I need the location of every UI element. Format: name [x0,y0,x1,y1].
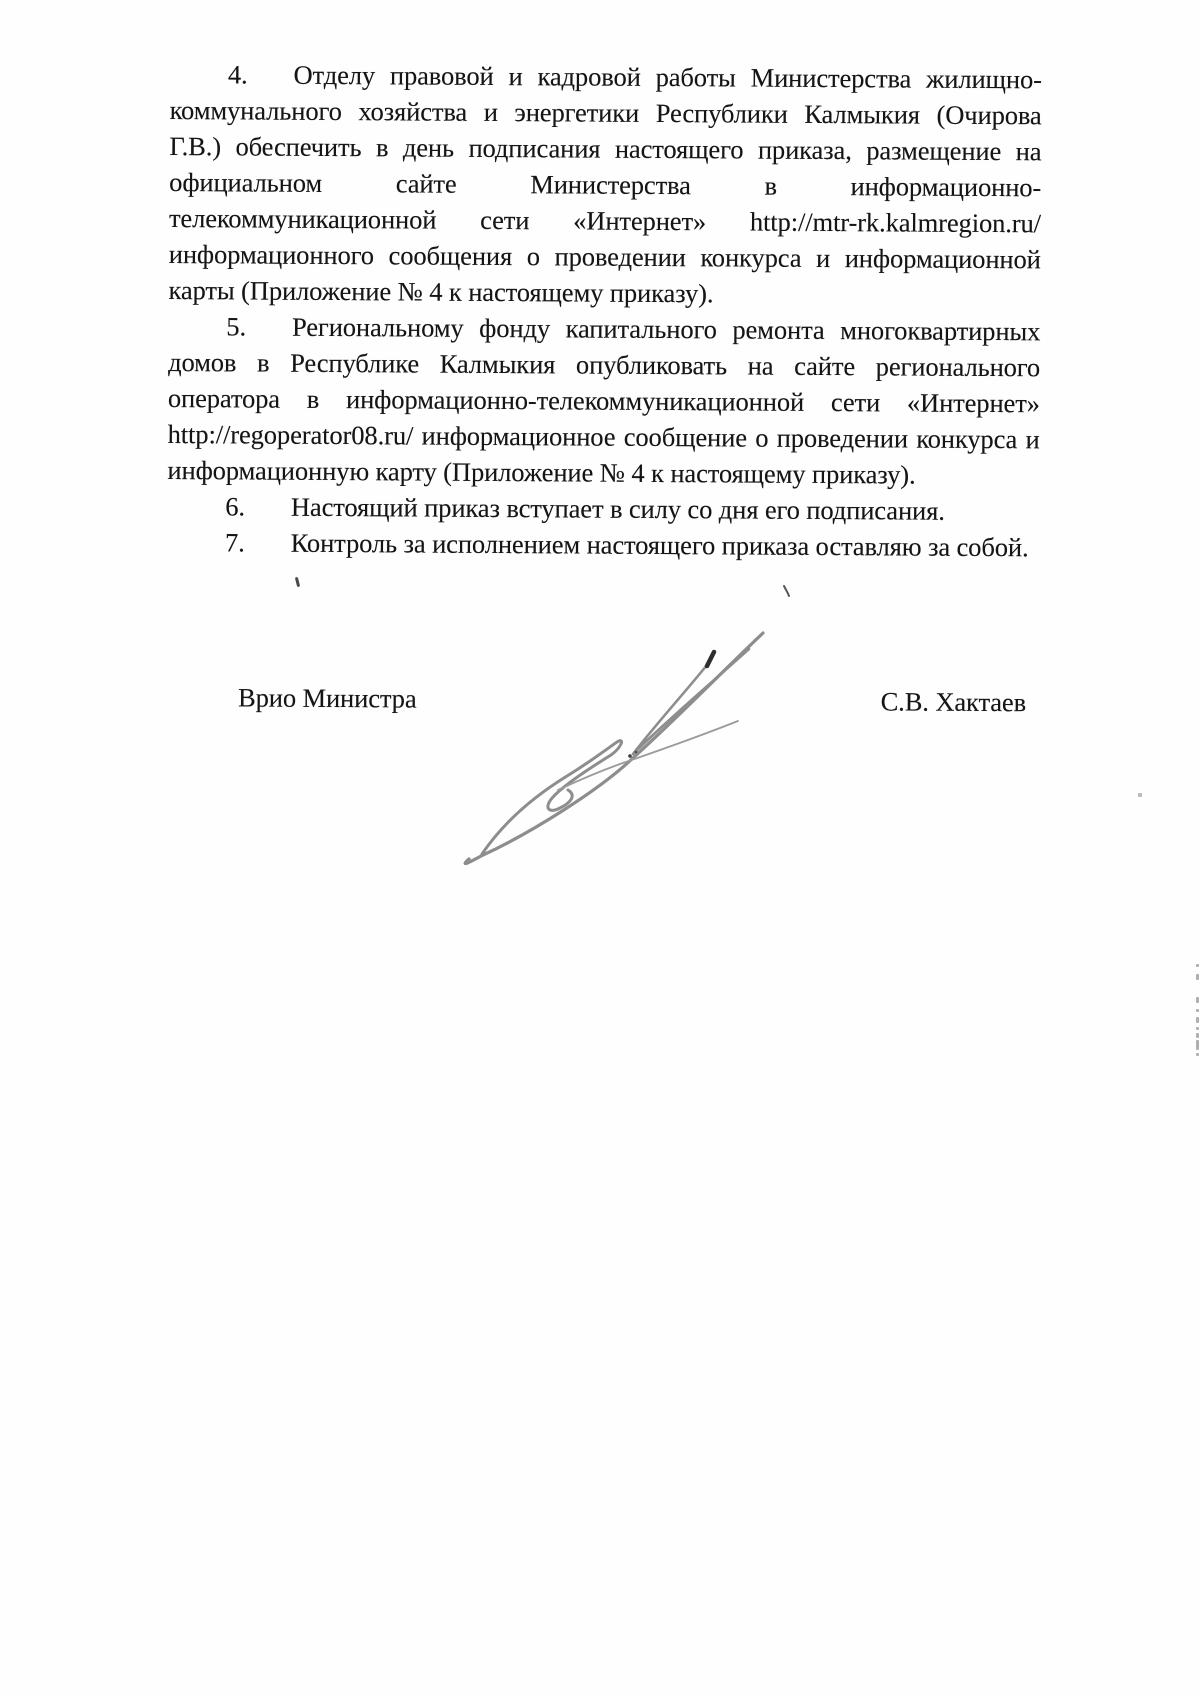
signature-ink-dot [635,751,638,754]
paragraph-number: 6. [225,491,245,521]
paragraph: 4.Отделу правовой и кадровой работы Мини… [168,56,1042,313]
signature-block: Врио Министра С.В. Хактаев [166,680,1038,719]
text-line: 5.Региональному фонду капитального ремон… [168,308,1040,349]
text-line: карты (Приложение № 4 к настоящему прика… [168,272,1040,313]
document-page: { "document": { "paragraphs": [ { "numbe… [0,0,1200,1697]
text-line: 6.Настоящий приказ вступает в силу со дн… [167,488,1039,529]
signature-ink-dot [628,754,632,758]
scan-artifact-speck [1138,793,1142,797]
text-line: оператора в информационно-телекоммуникац… [168,380,1040,421]
text-line: официальном сайте Министерства в информа… [169,164,1041,205]
paragraph-number: 4. [228,59,248,89]
signature-flat-stroke [558,721,738,790]
scanned-page: 4.Отделу правовой и кадровой работы Мини… [0,0,1200,1697]
text-line: http://regoperator08.ru/ информационное … [168,416,1040,457]
text-line: коммунального хозяйства и энергетики Рес… [170,92,1042,133]
text-line: телекоммуникационной сети «Интернет» htt… [169,200,1041,241]
text-line: домов в Республике Калмыкия опубликовать… [168,344,1040,385]
text-line: 7.Контроль за исполнением настоящего при… [167,524,1039,565]
paragraph-number: 7. [225,527,245,557]
paragraph: 5.Региональному фонду капитального ремон… [167,308,1040,493]
text-line: Г.В.) обеспечить в день подписания насто… [169,128,1041,169]
signer-name: С.В. Хактаев [881,684,1027,719]
document-text-block: 4.Отделу правовой и кадровой работы Мини… [166,56,1042,719]
paragraph: 6.Настоящий приказ вступает в силу со дн… [167,488,1039,529]
text-line: информационную карту (Приложение № 4 к н… [167,452,1039,493]
signature-loop-stroke [482,741,622,854]
text-line: информационного сообщения о проведении к… [169,236,1041,277]
text-line: 4.Отделу правовой и кадровой работы Мини… [170,56,1042,97]
signer-title: Врио Министра [238,680,417,715]
paragraph: 7.Контроль за исполнением настоящего при… [167,524,1039,565]
paragraph-number: 5. [226,311,246,341]
document-body: 4.Отделу правовой и кадровой работы Мини… [167,56,1042,565]
